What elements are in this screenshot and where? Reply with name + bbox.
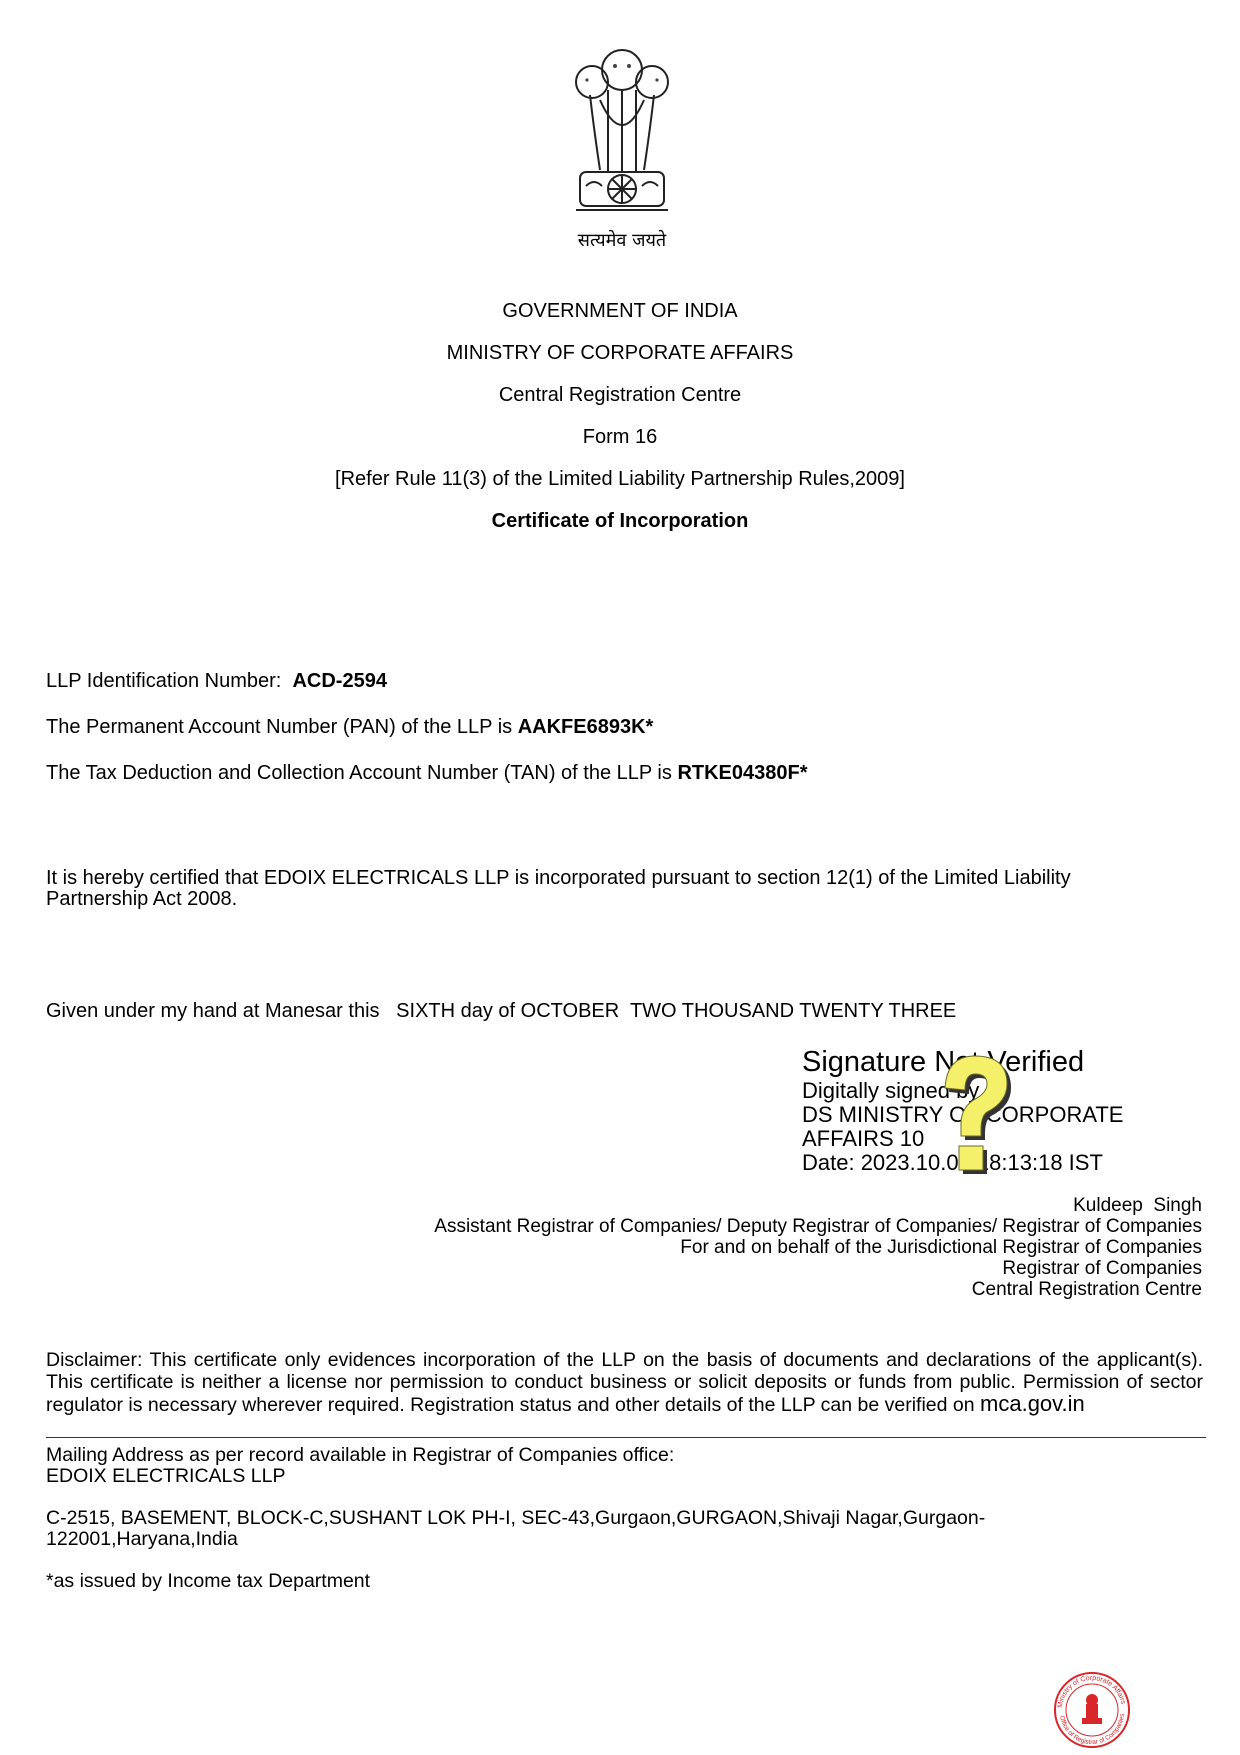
pan-label: The Permanent Account Number (PAN) of th… xyxy=(46,716,512,738)
tan-row: The Tax Deduction and Collection Account… xyxy=(46,762,808,785)
tan-label: The Tax Deduction and Collection Account… xyxy=(46,762,672,784)
given-under-text: Given under my hand at Manesar this SIXT… xyxy=(46,1000,956,1023)
certification-text: It is hereby certified that EDOIX ELECTR… xyxy=(46,868,1146,910)
mailing-address-line2: 122001,Haryana,India xyxy=(46,1529,238,1551)
rule-reference: [Refer Rule 11(3) of the Limited Liabili… xyxy=(0,468,1240,491)
mailing-label: Mailing Address as per record available … xyxy=(46,1445,674,1467)
tan-value: RTKE04380F* xyxy=(677,762,807,784)
national-emblem-icon xyxy=(560,40,684,255)
signatory-block: Kuldeep Singh Assistant Registrar of Com… xyxy=(434,1195,1202,1300)
disclaimer: Disclaimer: This certificate only eviden… xyxy=(46,1350,1203,1417)
ministry-heading: MINISTRY OF CORPORATE AFFAIRS xyxy=(0,342,1240,365)
divider xyxy=(46,1437,1206,1438)
centre-heading: Central Registration Centre xyxy=(0,384,1240,407)
certificate-title: Certificate of Incorporation xyxy=(0,510,1240,533)
llpin-row: LLP Identification Number: ACD-2594 xyxy=(46,670,387,693)
govt-heading: GOVERNMENT OF INDIA xyxy=(0,300,1240,323)
mailing-name: EDOIX ELECTRICALS LLP xyxy=(46,1466,286,1488)
question-mark-icon xyxy=(925,1050,1035,1180)
pan-row: The Permanent Account Number (PAN) of th… xyxy=(46,716,653,739)
signatory-designation: Assistant Registrar of Companies/ Deputy… xyxy=(434,1216,1202,1237)
llpin-label: LLP Identification Number: xyxy=(46,670,281,692)
signatory-behalf: For and on behalf of the Jurisdictional … xyxy=(434,1237,1202,1258)
signatory-office: Registrar of Companies xyxy=(434,1258,1202,1279)
mca-link[interactable]: mca.gov.in xyxy=(980,1391,1085,1416)
emblem-motto: सत्यमेव जयते xyxy=(560,228,684,252)
pan-value: AAKFE6893K* xyxy=(518,716,654,738)
signatory-name: Kuldeep Singh xyxy=(434,1195,1202,1216)
ministry-seal-icon: Ministry of Corporate Affairs Office of … xyxy=(1052,1670,1132,1750)
signatory-centre: Central Registration Centre xyxy=(434,1279,1202,1300)
footnote: *as issued by Income tax Department xyxy=(46,1571,370,1593)
form-number: Form 16 xyxy=(0,426,1240,449)
mailing-address-line1: C-2515, BASEMENT, BLOCK-C,SUSHANT LOK PH… xyxy=(46,1508,985,1530)
llpin-value: ACD-2594 xyxy=(292,670,386,692)
